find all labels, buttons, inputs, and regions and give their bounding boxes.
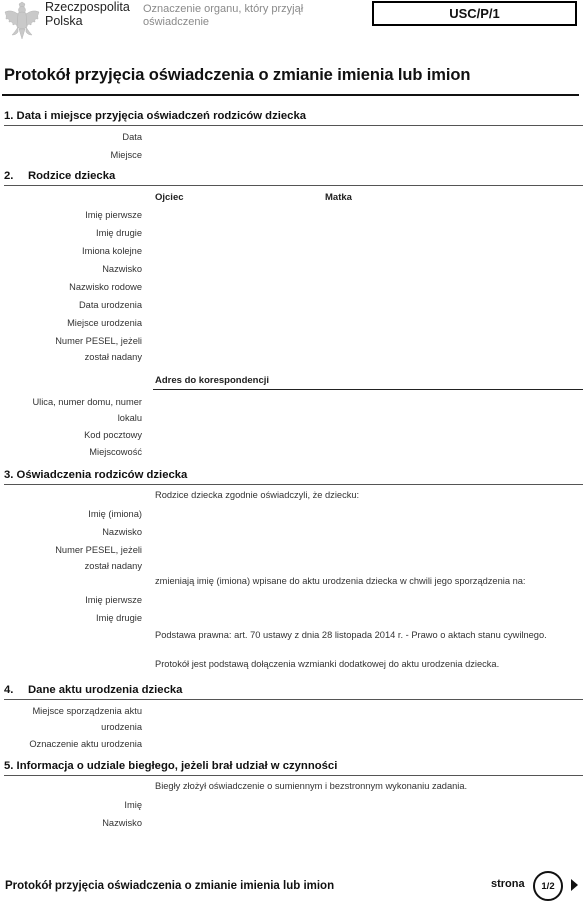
page-label: strona <box>491 878 525 890</box>
address-divider <box>153 389 583 390</box>
column-father: Ojciec <box>155 192 184 203</box>
section-3-heading: 3. Oświadczenia rodziców dziecka <box>4 469 583 485</box>
protocol-note: Protokół jest podstawą dołączenia wzmian… <box>155 659 499 669</box>
label-street-line-1: Ulica, numer domu, numer <box>32 394 142 410</box>
label-surname: Nazwisko <box>102 261 142 277</box>
label-birth-record-place-line-2: urodzenia <box>32 719 142 735</box>
label-new-second-name: Imię drugie <box>96 610 142 626</box>
section-2-heading: 2.Rodzice dziecka <box>4 170 583 186</box>
label-expert-surname: Nazwisko <box>102 815 142 831</box>
section-2-title: Rodzice dziecka <box>28 170 115 182</box>
label-child-surname: Nazwisko <box>102 524 142 540</box>
label-second-name: Imię drugie <box>96 225 142 241</box>
legal-basis: Podstawa prawna: art. 70 ustawy z dnia 2… <box>155 630 547 640</box>
section-4-title: Dane aktu urodzenia dziecka <box>28 684 182 696</box>
label-child-pesel-line-2: został nadany <box>55 558 142 574</box>
label-child-pesel-line-1: Numer PESEL, jeżeli <box>55 542 142 558</box>
section-4-number: 4. <box>4 684 28 697</box>
organ-label: Oznaczenie organu, który przyjął oświadc… <box>143 3 333 29</box>
label-family-name: Nazwisko rodowe <box>69 279 142 295</box>
page-number: 1/2 <box>541 881 554 892</box>
label-birth-place: Miejsce urodzenia <box>67 315 142 331</box>
section-2-number: 2. <box>4 170 28 183</box>
country-line-1: Rzeczpospolita <box>45 0 130 14</box>
form-code: USC/P/1 <box>449 6 500 21</box>
form-code-box: USC/P/1 <box>372 1 577 26</box>
label-further-names: Imiona kolejne <box>82 243 142 259</box>
label-street-line-2: lokalu <box>32 410 142 426</box>
label-postal-code: Kod pocztowy <box>84 427 142 443</box>
country-name: Rzeczpospolita Polska <box>45 0 130 28</box>
next-page-icon[interactable] <box>571 879 578 891</box>
label-place: Miejsce <box>110 147 142 163</box>
label-birth-date: Data urodzenia <box>79 297 142 313</box>
label-street: Ulica, numer domu, numer lokalu <box>32 394 142 426</box>
polish-eagle-emblem-icon <box>3 1 41 41</box>
page-title: Protokół przyjęcia oświadczenia o zmiani… <box>4 66 470 85</box>
expert-statement: Biegły złożył oświadczenie o sumiennym i… <box>155 781 467 791</box>
label-pesel-line-1: Numer PESEL, jeżeli <box>55 333 142 349</box>
section-5-heading: 5. Informacja o udziale biegłego, jeżeli… <box>4 760 583 776</box>
footer-title: Protokół przyjęcia oświadczenia o zmiani… <box>5 880 334 892</box>
label-birth-record-id: Oznaczenie aktu urodzenia <box>29 736 142 752</box>
page-indicator: 1/2 <box>533 871 563 901</box>
label-expert-first-name: Imię <box>124 797 142 813</box>
label-new-first-name: Imię pierwsze <box>85 592 142 608</box>
label-pesel: Numer PESEL, jeżeli został nadany <box>55 333 142 365</box>
label-first-name: Imię pierwsze <box>85 207 142 223</box>
section-4-heading: 4.Dane aktu urodzenia dziecka <box>4 684 583 700</box>
statement-intro: Rodzice dziecka zgodnie oświadczyli, że … <box>155 490 359 500</box>
label-city: Miejscowość <box>89 444 142 460</box>
label-date: Data <box>122 129 142 145</box>
section-1-heading: 1. Data i miejsce przyjęcia oświadczeń r… <box>4 110 583 126</box>
title-divider <box>2 94 579 96</box>
label-birth-record-place-line-1: Miejsce sporządzenia aktu <box>32 703 142 719</box>
label-child-pesel: Numer PESEL, jeżeli został nadany <box>55 542 142 574</box>
label-birth-record-place: Miejsce sporządzenia aktu urodzenia <box>32 703 142 735</box>
country-line-2: Polska <box>45 14 130 28</box>
address-heading: Adres do korespondencji <box>155 375 269 386</box>
column-mother: Matka <box>325 192 352 203</box>
change-statement: zmieniają imię (imiona) wpisane do aktu … <box>155 576 526 586</box>
label-child-names: Imię (imiona) <box>88 506 142 522</box>
label-pesel-line-2: został nadany <box>55 349 142 365</box>
